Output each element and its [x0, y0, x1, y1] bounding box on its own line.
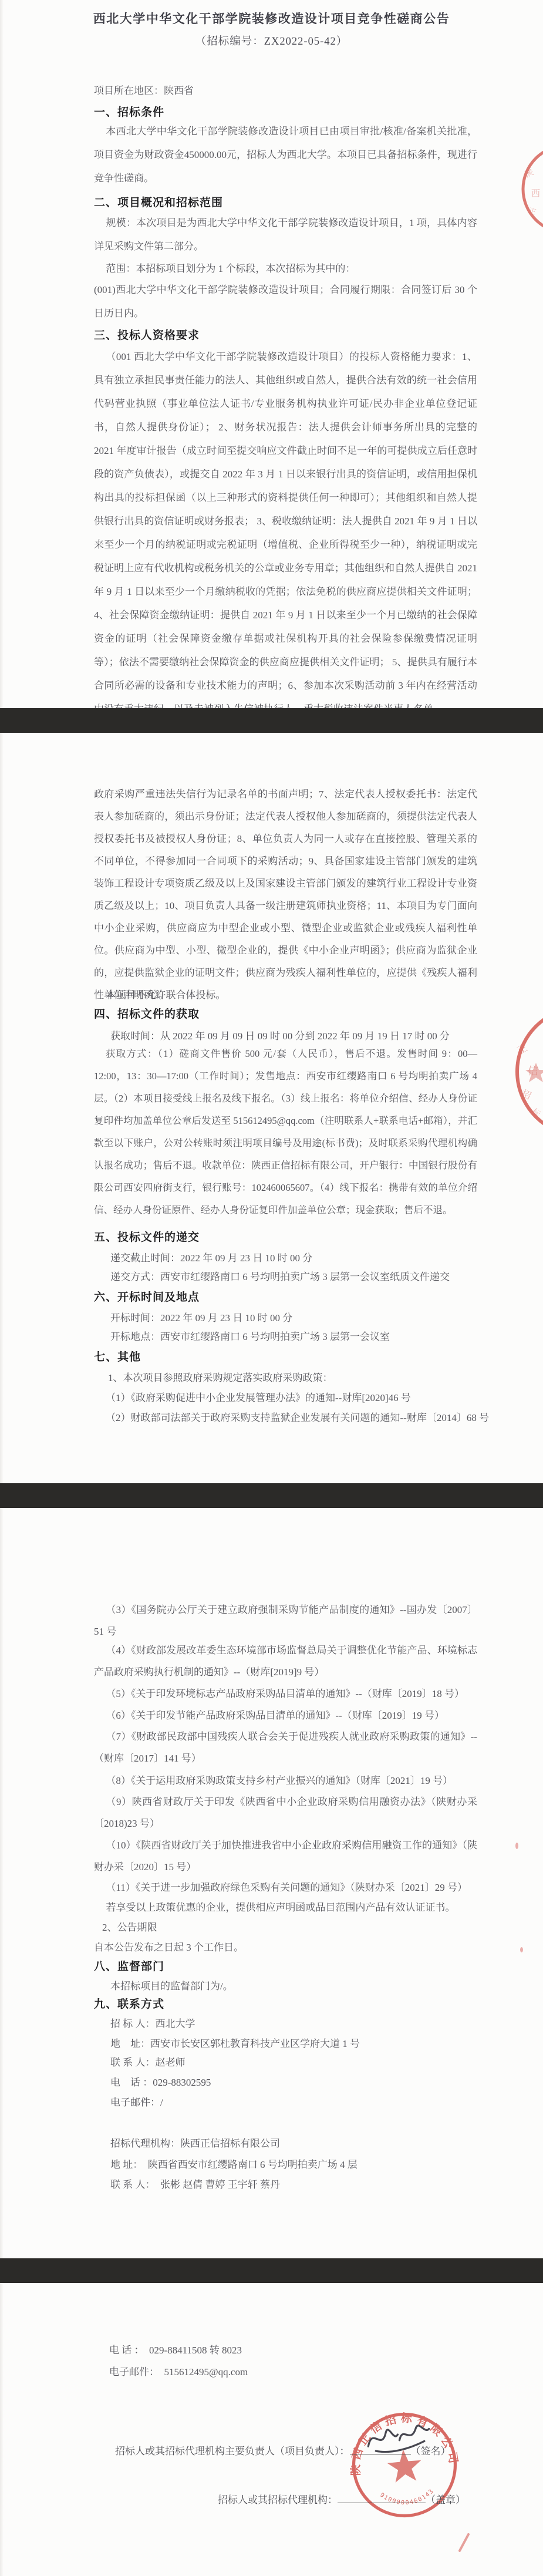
policy-item-1: （1）《政府采购促进中小企业发展管理办法》的通知--财库[2020]46 号 [94, 1389, 477, 1404]
page-separator [0, 1483, 543, 1508]
announce-period-title: 2、公告期限 [94, 1919, 477, 1934]
page-4: 电 话 ： 029-88411508 转 8023 电子邮件： 51561249… [0, 2283, 543, 2576]
open-time: 开标时间：2022 年 09 月 23 日 10 时 00 分 [94, 1309, 477, 1324]
policy-item-8: （8）《关于运用政府采购政策支持乡村产业振兴的通知》（财库〔2021〕19 号） [94, 1770, 477, 1792]
para-bid-conditions: 本西北大学中华文化干部学院装修改造设计项目已由项目审批/核准/备案机关批准，项目… [94, 120, 477, 190]
bidder-email: 电子邮件：/ [94, 2094, 477, 2109]
policy-item-10: （10）《陕西省财政厅关于加快推进我省中小企业政府采购信用融资工作的通知》（陕财… [94, 1834, 477, 1878]
seal-fragment-edge-2: 正 信 招 标 [514, 1004, 543, 1139]
page-separator [0, 708, 543, 733]
page-separator [0, 2258, 543, 2283]
bidder-phone: 电 话 ：029-88302595 [94, 2074, 477, 2089]
para-obtain-method: 获取方式：（1）磋商文件售价 500 元/套（人民币），售后不退。发售时间 9：… [94, 1043, 477, 1221]
svg-text:正: 正 [515, 1042, 529, 1057]
policy-item-7: （7）《财政部民政部中国残疾人联合会关于促进残疾人就业政府采购政策的通知》--（… [94, 1726, 477, 1769]
page-1: 西北大学中华文化干部学院装修改造设计项目竞争性磋商公告 （招标编号：ZX2022… [0, 0, 543, 708]
para-qualification-cont: 政府采购严重违法失信行为记录名单的书面声明；7、法定代表人授权委托书：法定代表人… [94, 783, 477, 1006]
agency-phone: 电 话 ： 029-88411508 转 8023 [94, 2342, 477, 2356]
policy-item-2: （2）财政部司法部关于政府采购支持监狱企业发展有关问题的通知--财库〔2014〕… [94, 1409, 477, 1424]
agency-address: 地 址： 陕西省西安市红缨路南口 6 号均明拍卖广场 4 层 [94, 2156, 477, 2171]
policy-item-11: （11）《关于进一步加强政府绿色采购有关问题的通知》（陕财办采〔2021〕29 … [94, 1877, 477, 1898]
bidder-contact: 联 系 人：赵老师 [94, 2054, 477, 2069]
seal-fragment-edge-1: 陕 西 正 [520, 142, 543, 236]
sign-line-agency-suffix: （盖章） [426, 2494, 466, 2506]
policy-note: 若享受以上政策优惠的企业，提供相应声明函或品目范围内产品有效认证证书。 [94, 1897, 477, 1918]
para-no-consortium: 本项目不允许联合体投标。 [94, 984, 477, 1006]
agency-email: 电子邮件： 515612495@qq.com [94, 2363, 477, 2378]
bidder-address: 地 址：西安市长安区郭杜教育科技产业区学府大道 1 号 [94, 2035, 477, 2050]
handwritten-signature [361, 2413, 436, 2461]
doc-obtain-time: 获取时间：从 2022 年 09 月 09 日 09 时 00 分到 2022 … [94, 1028, 477, 1042]
signature-name: 张彬 [0, 2283, 1, 2284]
stamp-blank-line [338, 2493, 426, 2503]
supervise-dept: 本招标项目的监督部门为/。 [94, 1978, 477, 1992]
sign-line-agency: 招标人或其招标代理机构：（盖章） [218, 2491, 466, 2506]
red-ink-speck [515, 1843, 518, 1849]
sign-line-responsible-label: 招标人或其招标代理机构主要负责人（项目负责人）： [115, 2446, 350, 2457]
submit-method: 递交方式：西安市红缨路南口 6 号均明拍卖广场 3 层第一会议室纸质文件递交 [94, 1268, 477, 1283]
red-ink-speck [520, 1947, 523, 1952]
page-3: （3）《国务院办公厅关于建立政府强制采购节能产品制度的通知》--国办发〔2007… [0, 1508, 543, 2258]
agency-name: 招标代理机构：陕西正信招标有限公司 [94, 2135, 477, 2150]
para-scope: 范围：本招标项目划分为 1 个标段，本次招标为其中的： [94, 257, 477, 281]
policy-item-9: （9）陕西省财政厅关于印发《陕西省中小企业政府采购信用融资办法》（陕财办采〔20… [94, 1791, 477, 1834]
section-6-heading: 六、开标时间及地点 [94, 1288, 477, 1304]
para-qualification: （001 西北大学中华文化干部学院装修改造设计项目）的投标人资格能力要求：1、具… [94, 345, 477, 708]
section-4-heading: 四、招标文件的获取 [94, 1005, 477, 1021]
para-lot-001: (001)西北大学中华文化干部学院装修改造设计项目；合同履行期限：合同签订后 3… [94, 278, 477, 325]
announce-period: 自本公告发布之日起 3 个工作日。 [94, 1939, 477, 1954]
policy-item-6: （6）《关于印发节能产品政府采购品目清单的通知》--（财库〔2019〕19 号） [94, 1705, 477, 1726]
policy-item-3: （3）《国务院办公厅关于建立政府强制采购节能产品制度的通知》--国办发〔2007… [94, 1599, 477, 1642]
policy-intro: 1、本次项目参照政府采购规定落实政府采购政策： [94, 1369, 477, 1384]
para-scale: 规模：本次项目是为西北大学中华文化干部学院装修改造设计项目，1 项，具体内容详见… [94, 211, 477, 258]
red-ink-stroke [458, 2533, 471, 2553]
submit-deadline: 递交截止时间：2022 年 09 月 23 日 10 时 00 分 [94, 1250, 477, 1264]
section-9-heading: 九、联系方式 [94, 1995, 477, 2011]
section-5-heading: 五、投标文件的递交 [94, 1228, 477, 1244]
sign-line-agency-label: 招标人或其招标代理机构： [218, 2494, 338, 2506]
section-8-heading: 八、监督部门 [94, 1958, 477, 1974]
bid-number: （招标编号：ZX2022-05-42） [0, 33, 543, 48]
page-2: 政府采购严重违法失信行为记录名单的书面声明；7、法定代表人授权委托书：法定代表人… [0, 733, 543, 1483]
section-3-heading: 三、投标人资格要求 [94, 326, 477, 342]
svg-text:西: 西 [531, 188, 540, 198]
svg-text:标: 标 [529, 1106, 542, 1120]
region-line: 项目所在地区：陕西省 [94, 82, 477, 97]
section-7-heading: 七、其他 [94, 1348, 477, 1364]
policy-item-4: （4）《财政部发展改革委生态环境部市场监督总局关于调整优化节能产品、环境标志产品… [94, 1639, 477, 1683]
open-place: 开标地点：西安市红缨路南口 6 号均明拍卖广场 3 层第一会议室 [94, 1328, 477, 1343]
section-2-heading: 二、项目概况和招标范围 [94, 194, 477, 210]
agency-contacts: 联 系 人： 张彬 赵倩 曹婷 王宇轩 蔡丹 [94, 2176, 477, 2191]
bidder-name: 招 标 人：西北大学 [94, 2015, 477, 2030]
policy-item-5: （5）《关于印发环境标志产品政府采购品目清单的通知》--（财库〔2019〕18 … [94, 1683, 477, 1705]
doc-title: 西北大学中华文化干部学院装修改造设计项目竞争性磋商公告 [0, 9, 543, 27]
section-1-heading: 一、招标条件 [94, 103, 477, 119]
